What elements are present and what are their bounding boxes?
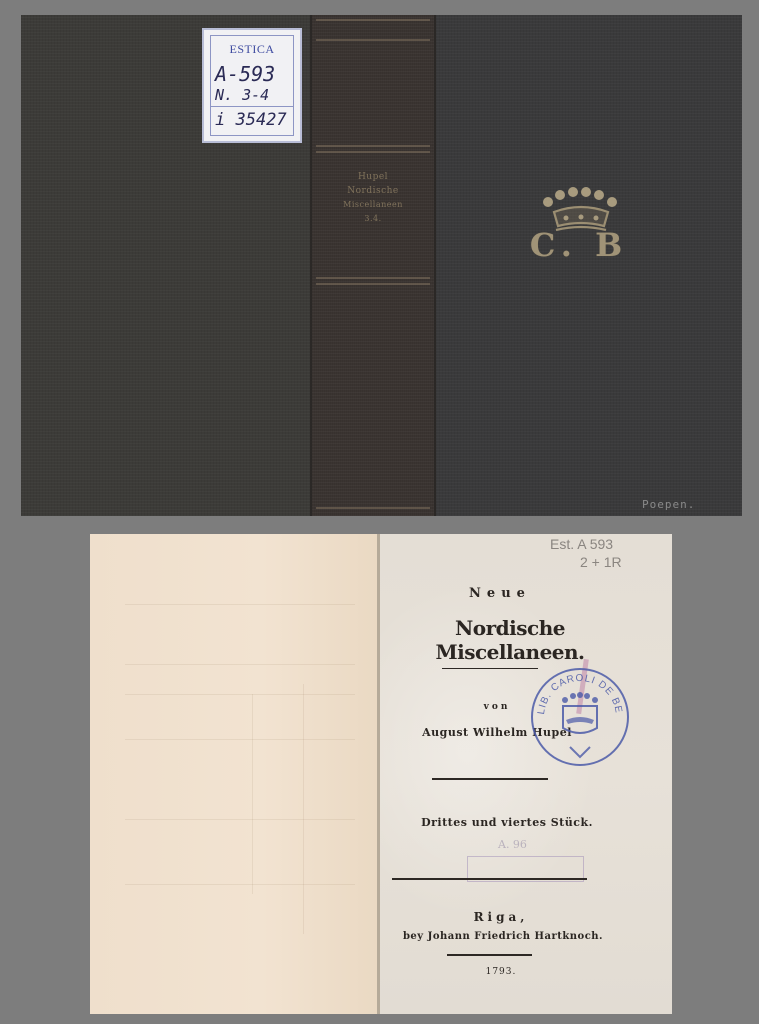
spine-band	[316, 283, 430, 285]
title-page-spread: Est. A 593 2 + 1R Neue Nordische Miscell…	[90, 534, 672, 1014]
part-statement: Drittes und viertes Stück.	[392, 816, 622, 829]
rule	[442, 668, 538, 669]
spine-band	[316, 151, 430, 153]
spine-band	[316, 39, 430, 41]
ornament-rule	[432, 778, 548, 780]
rule	[392, 878, 587, 880]
spine-title-line: 3.4.	[318, 212, 428, 226]
cover-monogram: C. B	[524, 226, 634, 264]
series-prefix: Neue	[385, 586, 615, 601]
spine-band	[316, 277, 430, 279]
library-shelf-label: ESTICA A-593 N. 3-4 i 35427	[202, 28, 302, 143]
book-title: Nordische Miscellaneen.	[390, 616, 630, 664]
label-divider	[211, 106, 293, 107]
show-through-line	[252, 694, 253, 894]
label-org: ESTICA	[211, 42, 293, 57]
faint-accession-mark: A. 96	[498, 838, 527, 851]
show-through-line	[125, 819, 355, 820]
show-through-line	[125, 739, 355, 740]
back-board: ESTICA A-593 N. 3-4 i 35427	[21, 15, 310, 516]
spine-band	[316, 145, 430, 147]
imprint-year: 1793.	[386, 967, 616, 977]
show-through-line	[303, 684, 304, 934]
rule	[447, 954, 532, 956]
spine-title-line: Nordische	[318, 184, 428, 198]
imprint-publisher: bey Johann Friedrich Hartknoch.	[388, 931, 618, 942]
title-page: Est. A 593 2 + 1R Neue Nordische Miscell…	[380, 534, 672, 1014]
spine-title-line: Hupel	[318, 170, 428, 184]
imprint-place: Riga,	[386, 910, 616, 924]
cover-stamp: Poepen.	[642, 498, 695, 511]
label-shelfmark: A-593	[215, 62, 275, 86]
library-stamp-icon: LIB. CAROLI DE BEHR-POPPEN.	[530, 662, 630, 772]
spine-band	[316, 19, 430, 21]
show-through-line	[125, 604, 355, 605]
pencil-note: 2 + 1R	[580, 554, 622, 570]
spine-title: Hupel Nordische Miscellaneen 3.4.	[318, 170, 428, 226]
label-number: N. 3-4	[215, 86, 269, 104]
endpaper-left	[90, 534, 377, 1014]
book-spine: Hupel Nordische Miscellaneen 3.4.	[310, 15, 436, 516]
show-through-line	[125, 694, 355, 695]
spine-band	[316, 507, 430, 509]
pencil-note: Est. A 593	[550, 536, 613, 552]
show-through-line	[125, 884, 355, 885]
label-inventory: i 35427	[215, 110, 287, 130]
show-through-line	[125, 664, 355, 665]
spine-title-line: Miscellaneen	[318, 198, 428, 212]
book-cover-image: ESTICA A-593 N. 3-4 i 35427 Hupel Nordis…	[21, 15, 742, 516]
